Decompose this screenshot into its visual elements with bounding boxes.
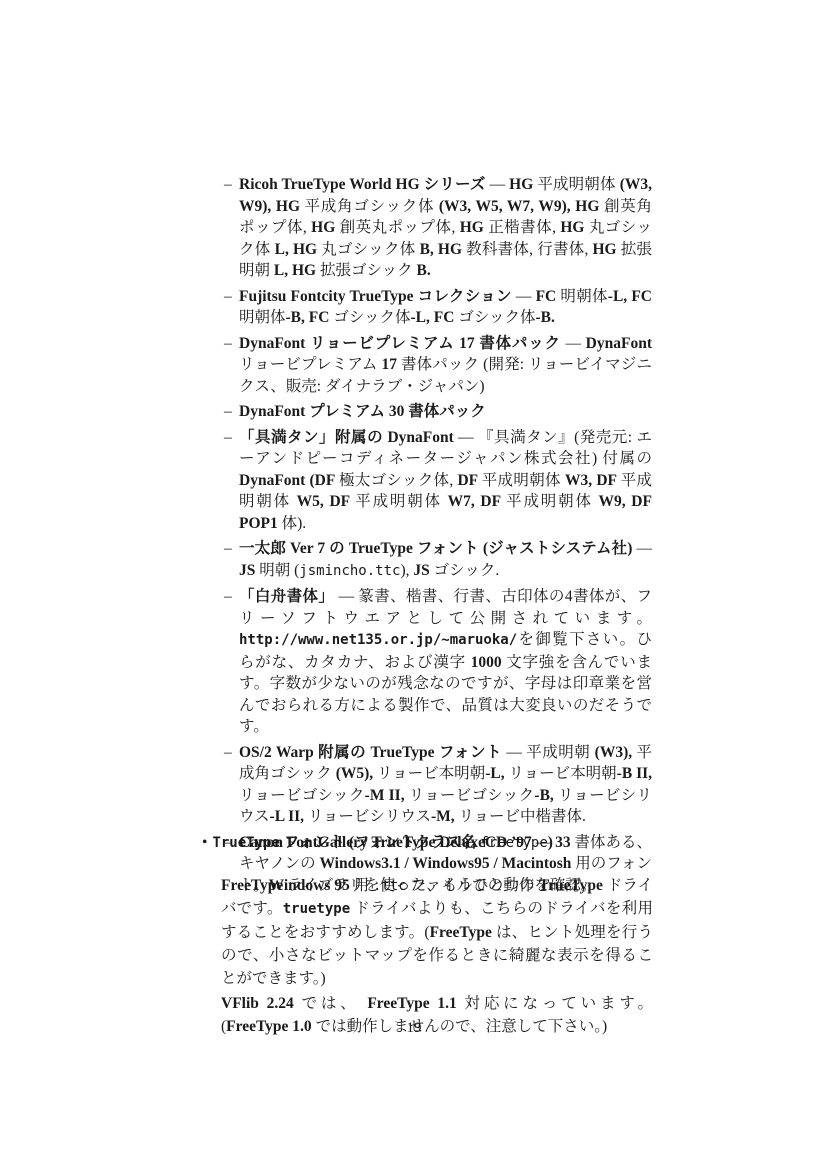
text-segment: Ricoh TrueType World HG シリーズ [239, 176, 486, 193]
text-segment: 正楷書体, [488, 219, 560, 236]
dash-marker: – [224, 742, 232, 764]
list-item-text: OS/2 Warp 附属の TrueType フォント — 平成明朝 (W3),… [239, 744, 652, 826]
list-item-text: 一太郎 Ver 7 の TrueType フォント (ジャストシステム社) — … [239, 540, 652, 579]
text-segment: ゴシック体 [333, 309, 410, 326]
text-segment: B, HG [420, 241, 467, 258]
document-page: –Ricoh TrueType World HG シリーズ — HG 平成明朝体… [0, 0, 828, 1171]
text-segment: 明朝体 [239, 309, 286, 326]
text-segment: FreeType [221, 877, 287, 894]
text-segment: JS [413, 562, 433, 579]
text-segment: B. [417, 262, 431, 279]
bullet-item-text: TrueType フォント (フォントクラス名 freetype) [212, 834, 553, 851]
list-item: –DynaFont プレミアム 30 書体パック [239, 401, 652, 423]
text-segment: 教科書体, 行書体, [466, 241, 592, 258]
text-segment: 創英丸ポップ体, [340, 219, 460, 236]
list-item-text: DynaFont リョービプレミアム 17 書体パック — DynaFont リ… [239, 335, 652, 395]
font-product-list: –Ricoh TrueType World HG シリーズ — HG 平成明朝体… [239, 174, 652, 901]
list-item-text: Ricoh TrueType World HG シリーズ — HG 平成明朝体 … [239, 176, 652, 279]
text-segment: jsmincho.ttc [299, 563, 400, 579]
list-item: –「具満タン」附属の DynaFont — 『具満タン』(発売元: エーアンドピ… [239, 427, 652, 535]
dash-marker: – [224, 401, 232, 423]
dash-marker: – [224, 427, 232, 449]
text-segment: リョービシリウス [308, 808, 431, 825]
text-segment: 平成明朝体 [506, 493, 598, 510]
text-segment: リョービプレミアム [239, 356, 382, 373]
text-segment: VFlib 2.24 [221, 995, 302, 1012]
text-segment: DynaFont [586, 335, 652, 352]
text-segment: ゴシック. [434, 562, 500, 579]
text-segment: HG [560, 219, 588, 236]
text-segment: TrueType [539, 877, 607, 894]
text-segment: リョービゴシック [409, 787, 535, 804]
text-segment: 1000 [471, 654, 502, 671]
dash-marker: – [224, 538, 232, 560]
page-number: 19 [0, 1020, 828, 1037]
text-segment: HG [592, 241, 620, 258]
text-segment: リョービ中楷書体. [459, 808, 586, 825]
text-segment: W7, DF [448, 493, 507, 510]
text-segment: (W5), [336, 765, 377, 782]
text-segment: -B, [534, 787, 558, 804]
text-segment: — 平成明朝 [502, 744, 595, 761]
text-segment: 「白舟書体」 [239, 588, 334, 605]
text-segment: 「具満タン」附属の DynaFont [239, 429, 454, 446]
text-segment: 極太ゴシック体, [339, 472, 458, 489]
text-segment: HG [509, 176, 537, 193]
text-segment: 丸ゴシック体 [321, 241, 419, 258]
list-item: –「白舟書体」 — 篆書、楷書、行書、古印体の4書体が、フリーソフトウエアとして… [239, 586, 652, 738]
text-segment: DF [457, 472, 481, 489]
list-item: –DynaFont リョービプレミアム 17 書体パック — DynaFont … [239, 333, 652, 398]
bullet-marker: • [202, 834, 207, 851]
text-segment: JS [239, 562, 259, 579]
text-segment: HG [460, 219, 488, 236]
text-segment: 体). [282, 515, 307, 532]
text-segment: FreeType 1.1 [367, 995, 464, 1012]
text-segment: -B, FC [286, 309, 334, 326]
dash-marker: – [224, 333, 232, 355]
text-segment: -L, FC [411, 309, 459, 326]
list-item-text: Fujitsu Fontcity TrueType コレクション — FC 明朝… [239, 288, 652, 327]
list-item: –一太郎 Ver 7 の TrueType フォント (ジャストシステム社) —… [239, 538, 652, 582]
text-segment: Windows3.1 / Windows95 / Macintosh [319, 855, 575, 872]
text-segment: -M, [431, 808, 459, 825]
text-segment: — [561, 335, 586, 352]
text-segment: ), [400, 562, 413, 579]
list-item: –Ricoh TrueType World HG シリーズ — HG 平成明朝体… [239, 174, 652, 282]
text-segment: リョービゴシック [239, 787, 365, 804]
text-segment: — [486, 176, 510, 193]
text-segment: DynaFont (DF [239, 472, 339, 489]
text-segment: 平成明朝体 [537, 176, 619, 193]
text-segment: 拡張ゴシック [320, 262, 417, 279]
truetype-freetype-heading: •TrueType フォント (フォントクラス名 freetype) [202, 832, 654, 855]
text-segment: — [512, 288, 536, 305]
text-segment: (W3), [595, 744, 637, 761]
text-segment: OS/2 Warp 附属の TrueType フォント [239, 744, 502, 761]
text-segment: freetype [480, 835, 547, 851]
text-segment: HG [311, 219, 339, 236]
text-segment: http://www.net135.or.jp/~maruoka/ [239, 632, 517, 648]
paragraph-freetype-driver: FreeType ライブラリを使った、もうひとつの TrueType ドライバで… [221, 874, 653, 990]
text-segment: リョービ本明朝 [377, 765, 485, 782]
text-segment: 明朝 ( [259, 562, 299, 579]
text-segment: L, HG [275, 241, 322, 258]
text-segment: -B. [536, 309, 555, 326]
list-item: –OS/2 Warp 附属の TrueType フォント — 平成明朝 (W3)… [239, 742, 652, 828]
text-segment: Fujitsu Fontcity TrueType コレクション [239, 288, 512, 305]
text-segment: (W3, W5, W7, W9), HG [439, 198, 604, 215]
text-segment: -M II, [365, 787, 409, 804]
text-segment: truetype [283, 901, 350, 917]
text-segment: FC [536, 288, 561, 305]
text-segment: -B II, [617, 765, 652, 782]
text-segment: DynaFont プレミアム 30 書体パック [239, 403, 486, 420]
list-item-text: 「白舟書体」 — 篆書、楷書、行書、古印体の4書体が、フリーソフトウエアとして公… [239, 588, 652, 735]
text-segment: TrueType [212, 835, 279, 851]
text-segment: ) [548, 834, 553, 851]
text-segment: 平成明朝体 [355, 493, 447, 510]
dash-marker: – [224, 586, 232, 608]
text-segment: -L II, [270, 808, 308, 825]
text-segment: FreeType [430, 924, 496, 941]
text-segment: ゴシック体 [458, 309, 535, 326]
text-segment: 平成角ゴシック体 [305, 198, 439, 215]
dash-marker: – [224, 286, 232, 308]
text-segment: DynaFont リョービプレミアム 17 書体パック [239, 335, 561, 352]
text-segment: ライブラリを使った、もうひとつの [287, 877, 539, 894]
body-paragraphs: FreeType ライブラリを使った、もうひとつの TrueType ドライバで… [221, 874, 653, 1040]
text-segment: リョービ本明朝 [509, 765, 617, 782]
text-segment: W5, DF [297, 493, 356, 510]
text-segment: フォント (フォントクラス名 [280, 834, 480, 851]
list-item-text: DynaFont プレミアム 30 書体パック [239, 403, 486, 420]
dash-marker: – [224, 174, 232, 196]
text-segment: では、 [302, 995, 368, 1012]
text-segment: 平成明朝体 [482, 472, 565, 489]
list-item-text: 「具満タン」附属の DynaFont — 『具満タン』(発売元: エーアンドピー… [239, 429, 652, 532]
text-segment: W3, DF [565, 472, 621, 489]
text-segment: 17 [382, 356, 402, 373]
text-segment: 明朝体 [560, 288, 607, 305]
text-segment: -L, [485, 765, 508, 782]
text-segment: — [632, 540, 652, 557]
list-item: –Fujitsu Fontcity TrueType コレクション — FC 明… [239, 286, 652, 329]
text-segment: 一太郎 Ver 7 の TrueType フォント (ジャストシステム社) [239, 540, 632, 557]
text-segment: L, HG [274, 262, 320, 279]
text-segment: -L, FC [608, 288, 652, 305]
